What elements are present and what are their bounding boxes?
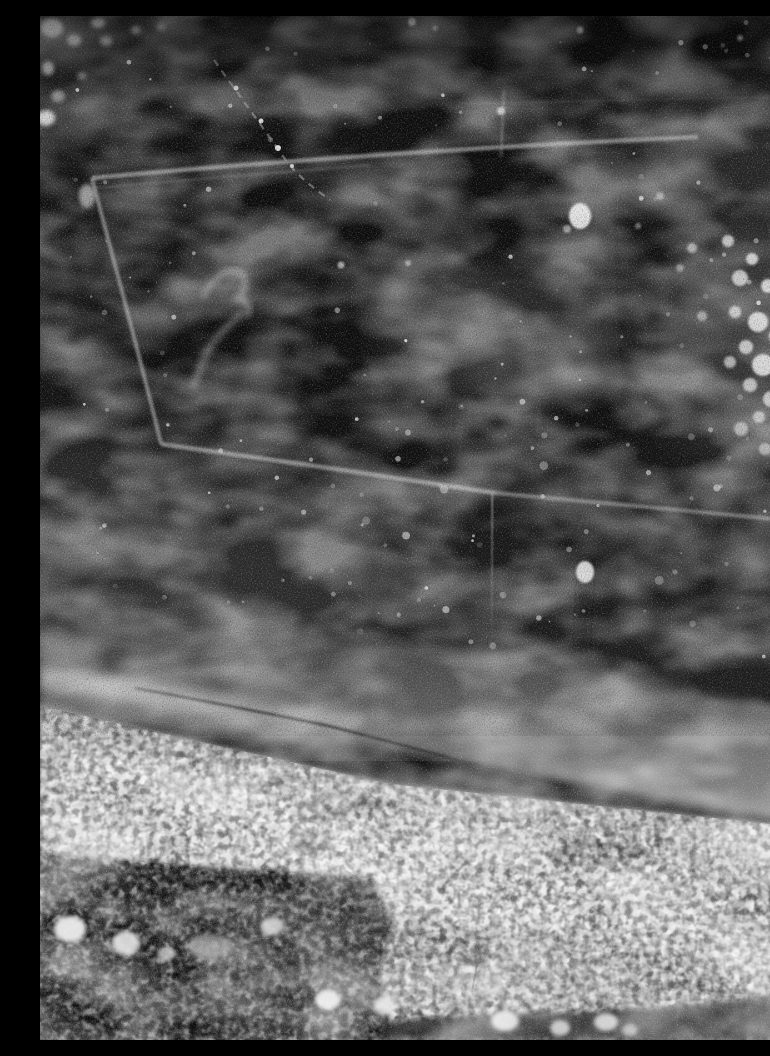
top-vignette: [40, 16, 770, 111]
photograph: [40, 16, 770, 1040]
grain-dark: [40, 16, 770, 736]
film-grain-overlay: [40, 16, 770, 1040]
